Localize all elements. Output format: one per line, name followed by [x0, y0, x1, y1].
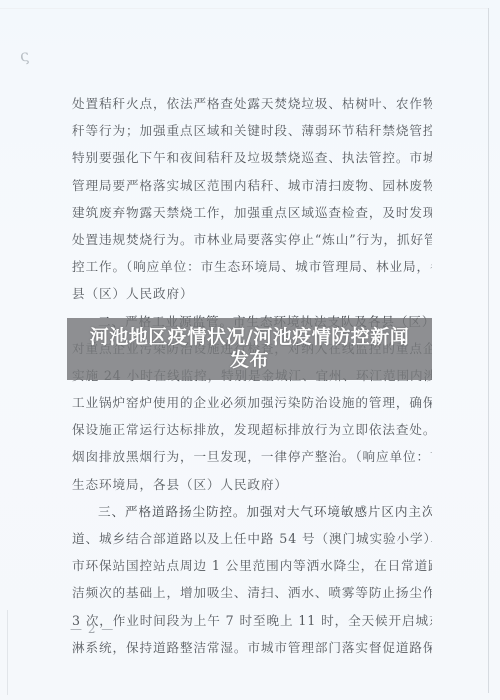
body-line: 生态环境局，各县（区）人民政府） — [72, 471, 432, 498]
body-line: 秆等行为；加强重点区域和关键时段、薄弱环节秸秆禁烧管控， — [72, 117, 432, 144]
banner-title: 河池地区疫情状况/河池疫情防控新闻发布 — [85, 326, 415, 372]
body-line: 管理局要严格落实城区范围内秸秆、城市清扫废物、园林废物、 — [72, 172, 432, 199]
body-line: 工业锅炉窑炉使用的企业必须加强污染防治设施的管理，确保环 — [72, 389, 432, 416]
body-line: 洁频次的基础上，增加吸尘、清扫、洒水、喷雾等防止扬尘作业 — [72, 579, 432, 606]
body-line: 保设施正常运行达标排放，发现超标排放行为立即依法查处。对 — [72, 416, 432, 443]
body-line: 县（区）人民政府） — [72, 280, 432, 307]
section-heading-road-dust: 三、严格道路扬尘防控。加强对大气环境敏感片区内主次干 — [72, 498, 432, 525]
body-line: 3 次，作业时间段为上午 7 时至晚上 11 时，全天候开启城东喷 — [72, 607, 432, 634]
body-line: 烟囱排放黑烟行为，一旦发现，一律停产整治。（响应单位：市 — [72, 443, 432, 470]
page-left-edge — [7, 610, 8, 695]
handwritten-mark: ς — [19, 45, 31, 65]
page-right-edge — [488, 8, 489, 693]
body-line: 控工作。（响应单位：市生态环境局、城市管理局、林业局，各 — [72, 253, 432, 280]
body-line: 处置秸秆火点，依法严格查处露天焚烧垃圾、枯树叶、农作物秸 — [72, 90, 432, 117]
body-line: 淋系统，保持道路整洁常湿。市城市管理部门落实督促道路保洁 — [72, 634, 432, 661]
body-line: 特别要强化下午和夜间秸秆及垃圾禁烧巡查、执法管控。市城市 — [72, 144, 432, 171]
body-line: 建筑废弃物露天禁烧工作，加强重点区域巡查检查，及时发现、 — [72, 199, 432, 226]
body-line: 处置违规焚烧行为。市林业局要落实停止“炼山”行为，抓好管 — [72, 226, 432, 253]
title-banner-overlay: 河池地区疫情状况/河池疫情防控新闻发布 — [67, 318, 432, 380]
body-line: 道、城乡结合部道路以及上任中路 54 号（澳门城实验小学）、 — [72, 525, 432, 552]
page-number: — 2 — — [70, 622, 114, 636]
body-line: 市环保站国控站点周边 1 公里范围内等洒水降尘，在日常道路保 — [72, 552, 432, 579]
page-top-edge — [0, 8, 488, 9]
scanned-document-page: ς 处置秸秆火点，依法严格查处露天焚烧垃圾、枯树叶、农作物秸 秆等行为；加强重点… — [0, 0, 500, 700]
